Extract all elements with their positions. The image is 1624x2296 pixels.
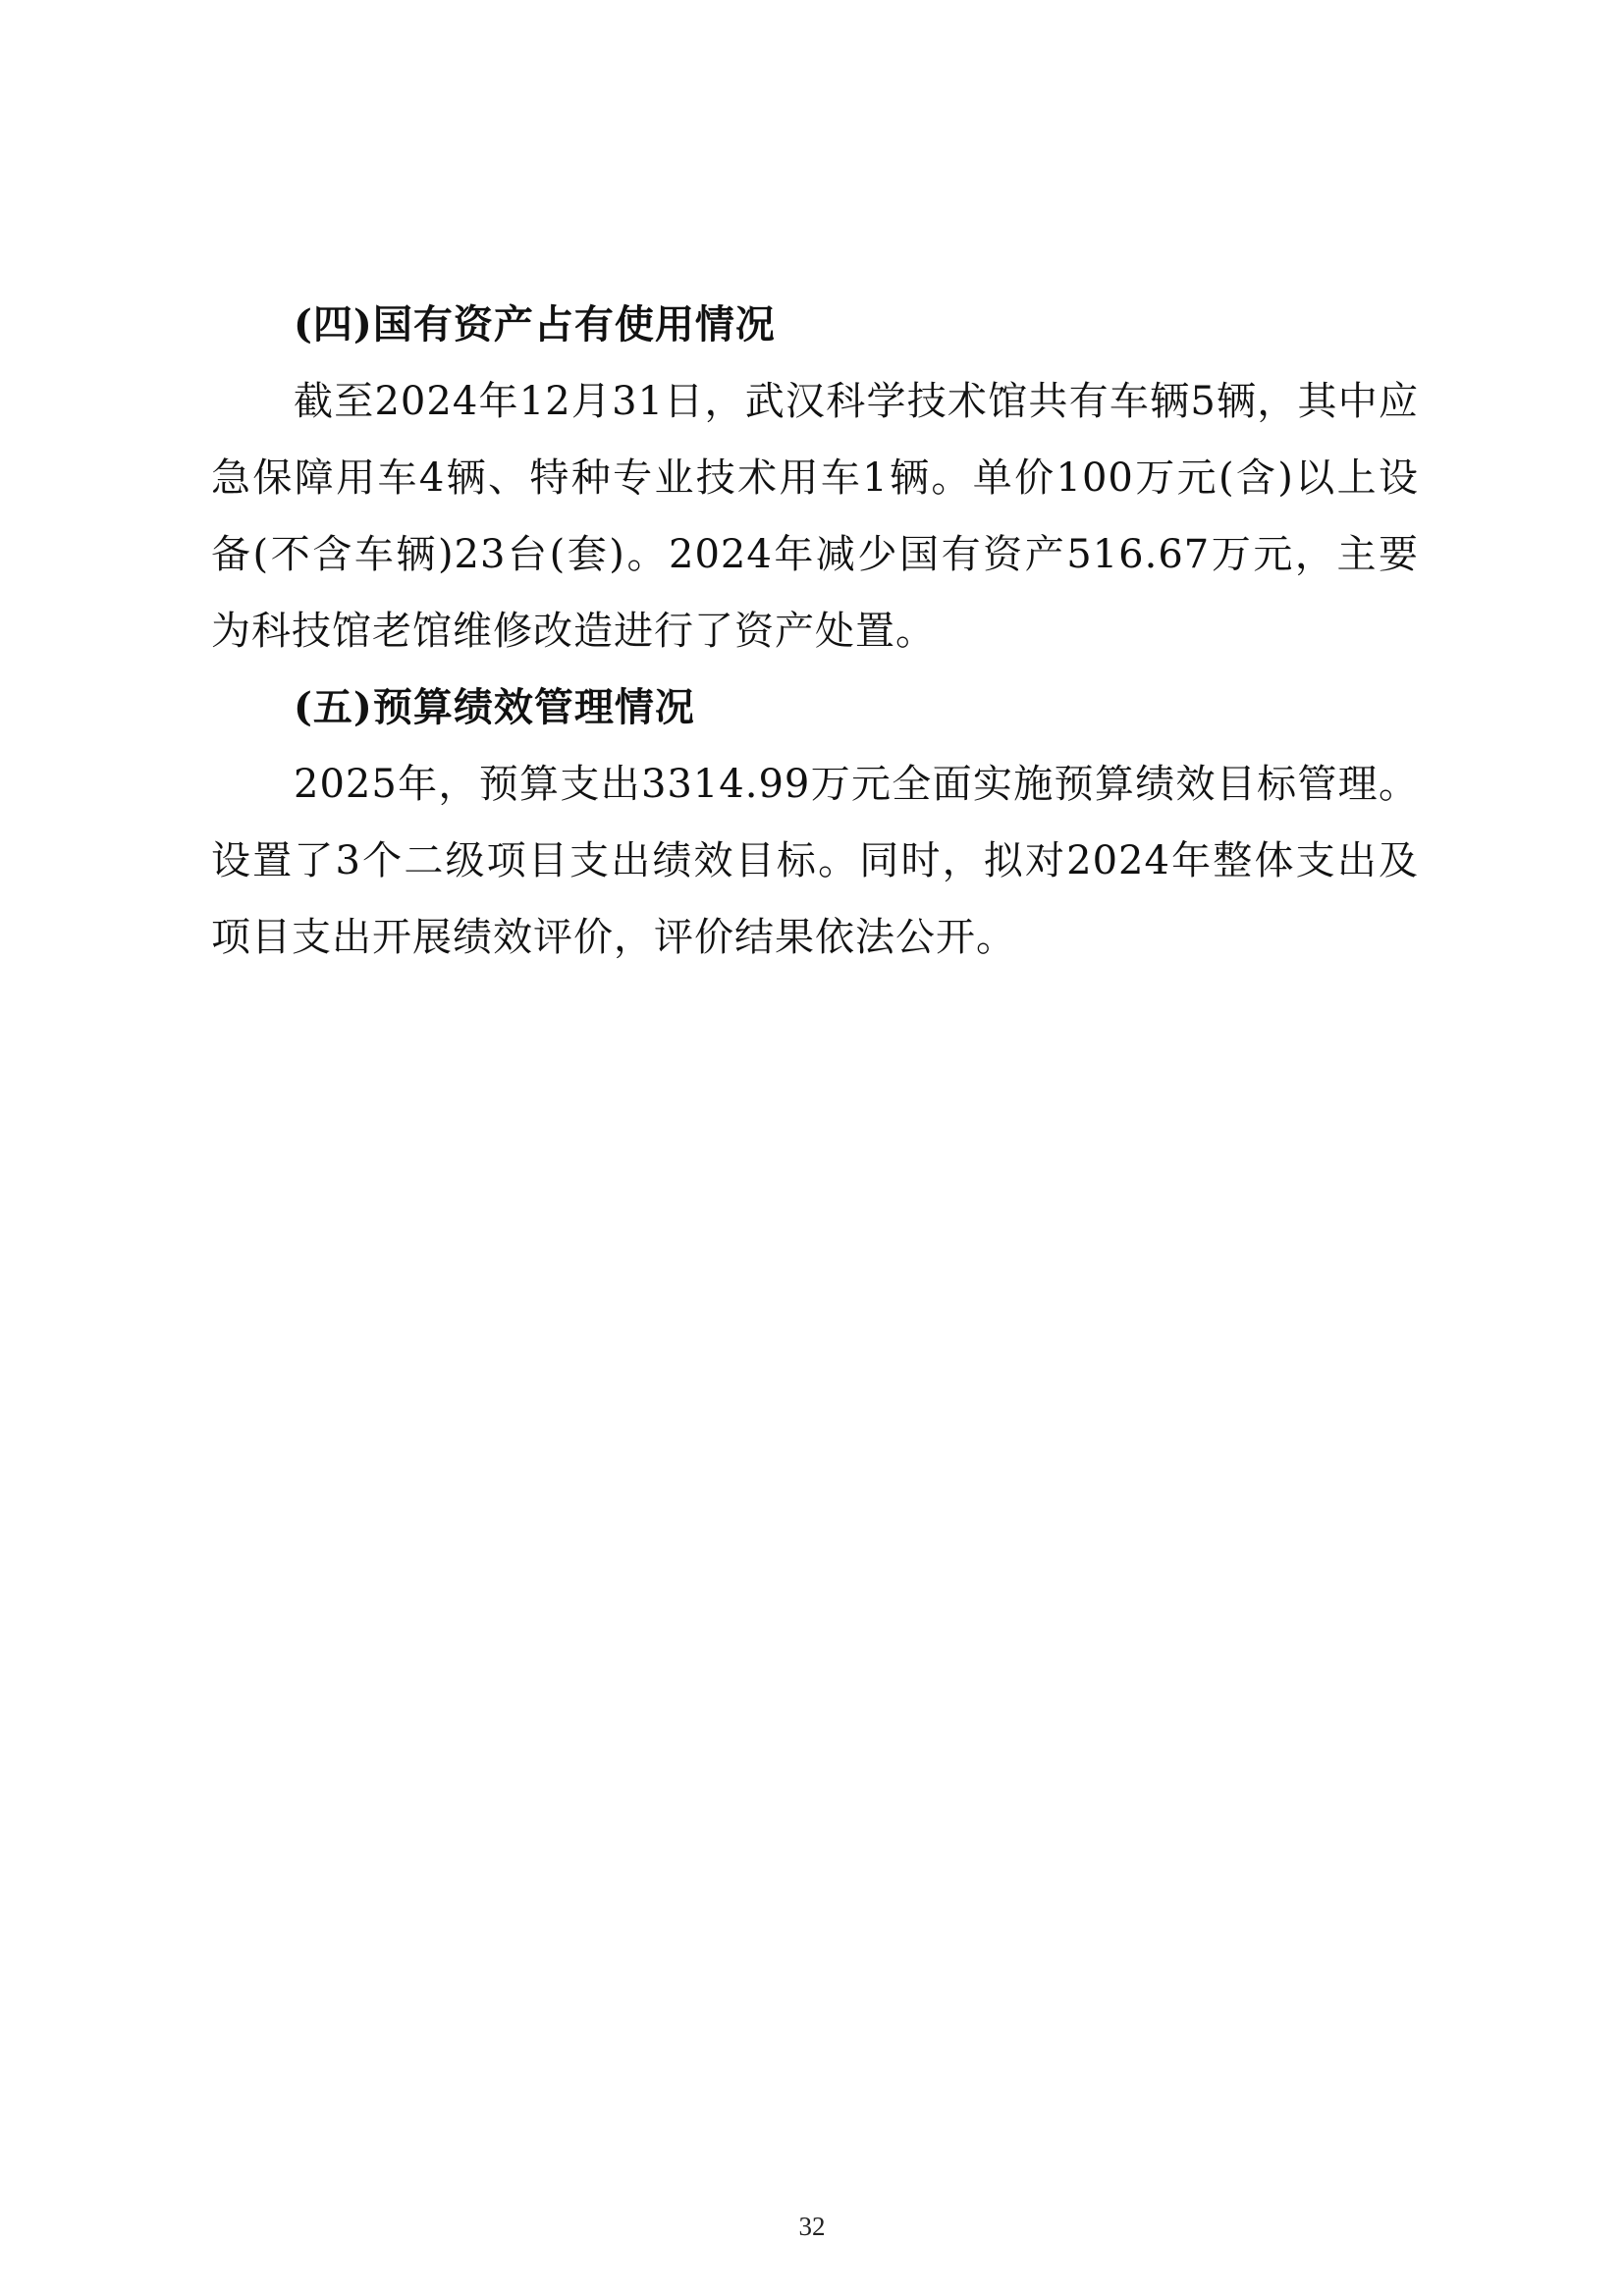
- section-paragraph: 2025年，预算支出3314.99万元全面实施预算绩效目标管理。设置了3个二级项…: [211, 746, 1419, 976]
- section-state-assets: (四)国有资产占有使用情况 截至2024年12月31日，武汉科学技术馆共有车辆5…: [211, 287, 1419, 669]
- section-heading: (五)预算绩效管理情况: [211, 669, 1419, 746]
- document-page: (四)国有资产占有使用情况 截至2024年12月31日，武汉科学技术馆共有车辆5…: [211, 287, 1419, 976]
- section-performance-management: (五)预算绩效管理情况 2025年，预算支出3314.99万元全面实施预算绩效目…: [211, 669, 1419, 976]
- section-heading: (四)国有资产占有使用情况: [211, 287, 1419, 363]
- page-number: 32: [0, 2212, 1624, 2242]
- section-paragraph: 截至2024年12月31日，武汉科学技术馆共有车辆5辆，其中应急保障用车4辆、特…: [211, 363, 1419, 669]
